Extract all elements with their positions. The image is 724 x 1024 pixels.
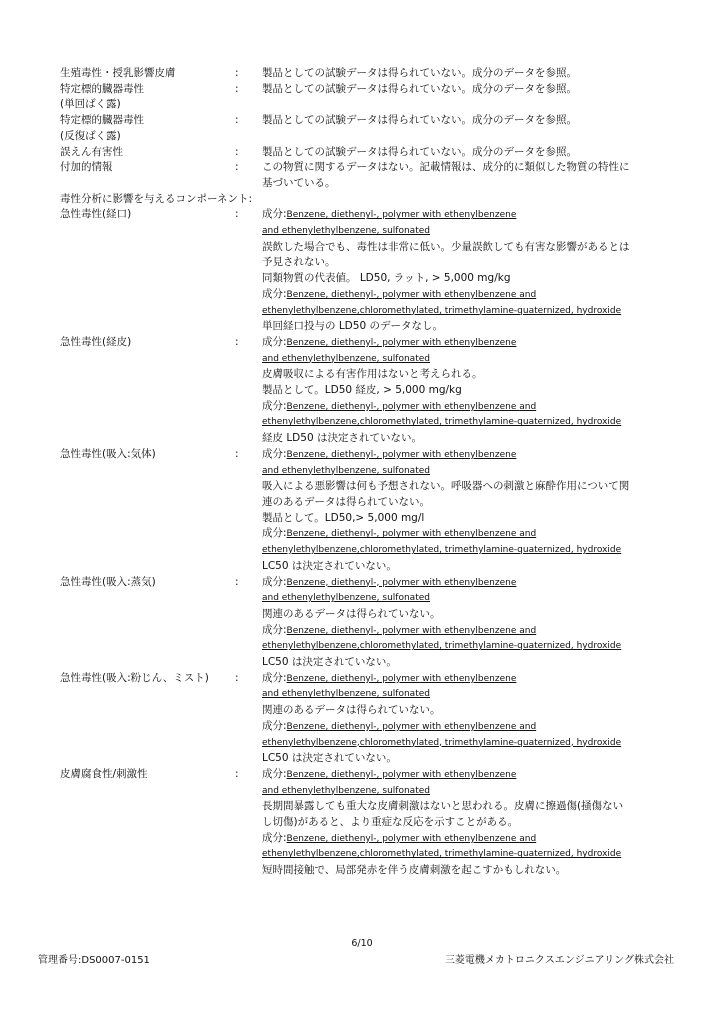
value-line: 経皮 LD50 は決定されていない。 xyxy=(262,431,680,447)
section-title: 毒性分析に影響を与えるコンポーネント: xyxy=(60,192,680,208)
value-line: 関連のあるデータは得られていない。 xyxy=(262,607,680,623)
colon: : xyxy=(235,113,262,129)
component-name-cont: and ethenylethylbenzene, sulfonated xyxy=(262,352,680,368)
value-line: 同類物質の代表値。 LD50, ラット, > 5,000 mg/kg xyxy=(262,271,680,287)
component-name-cont: ethenylethylbenzene,chloromethylated, tr… xyxy=(262,639,680,655)
row-value: 製品としての試験データは得られていない。成分のデータを参照。 xyxy=(262,113,680,129)
component-name-cont: and ethenylethylbenzene, sulfonated xyxy=(262,464,680,480)
page-number: 6/10 xyxy=(0,938,724,949)
row-label: 特定標的臓器毒性 xyxy=(60,82,235,98)
colon: : xyxy=(235,207,262,223)
value-line: 吸入による悪影響は何も予想されない。呼吸器への刺激と麻酔作用について関 xyxy=(262,479,680,495)
colon: : xyxy=(235,82,262,98)
row-additional-info: 付加的情報 : この物質に関するデータはない。記載情報は、成分的に類似した物質の… xyxy=(60,160,680,191)
component-name: Benzene, diethenyl-, polymer with etheny… xyxy=(287,626,537,636)
component-name: Benzene, diethenyl-, polymer with etheny… xyxy=(287,770,517,780)
component-name-cont: ethenylethylbenzene,chloromethylated, tr… xyxy=(262,847,680,863)
colon: : xyxy=(235,335,262,351)
colon: : xyxy=(235,767,262,783)
component-prefix: 成分: xyxy=(262,672,287,684)
row-acute-dermal: 急性毒性(経皮) : 成分:Benzene, diethenyl-, polym… xyxy=(60,335,680,447)
row-label: 皮膚腐食性/刺激性 xyxy=(60,767,235,783)
row-skin-corrosion-irritation: 皮膚腐食性/刺激性 : 成分:Benzene, diethenyl-, poly… xyxy=(60,767,680,879)
colon: : xyxy=(235,160,262,176)
row-label: 急性毒性(吸入:粉じん、ミスト) xyxy=(60,671,235,687)
value-line: LC50 は決定されていない。 xyxy=(262,751,680,767)
component-name-cont: and ethenylethylbenzene, sulfonated xyxy=(262,784,680,800)
value-line: LC50 は決定されていない。 xyxy=(262,655,680,671)
value-line: 製品として。LD50 経皮, > 5,000 mg/kg xyxy=(262,383,680,399)
component-name: Benzene, diethenyl-, polymer with etheny… xyxy=(287,290,537,300)
component-name: Benzene, diethenyl-, polymer with etheny… xyxy=(287,578,517,588)
company-name: 三菱電機メカトロニクスエンジニアリング株式会社 xyxy=(445,951,674,966)
component-name: Benzene, diethenyl-, polymer with etheny… xyxy=(287,529,537,539)
row-label: 特定標的臓器毒性 xyxy=(60,113,235,129)
row-acute-inhalation-gas: 急性毒性(吸入:気体) : 成分:Benzene, diethenyl-, po… xyxy=(60,447,680,575)
sds-toxicity-section: 生殖毒性・授乳影響皮膚 : 製品としての試験データは得られていない。成分のデータ… xyxy=(60,66,680,879)
component-prefix: 成分: xyxy=(262,400,287,412)
row-value: 成分:Benzene, diethenyl-, polymer with eth… xyxy=(262,767,680,879)
value-line: 製品として。LD50,> 5,000 mg/l xyxy=(262,511,680,527)
component-prefix: 成分: xyxy=(262,448,287,460)
row-label: 急性毒性(経口) xyxy=(60,207,235,223)
value-line: 単回経口投与の LD50 のデータなし。 xyxy=(262,319,680,335)
component-prefix: 成分: xyxy=(262,336,287,348)
row-label: 急性毒性(経皮) xyxy=(60,335,235,351)
value-line: し切傷)があると、より重症な反応を示すことがある。 xyxy=(262,815,680,831)
component-prefix: 成分: xyxy=(262,624,287,636)
value-line: LC50 は決定されていない。 xyxy=(262,559,680,575)
row-value: この物質に関するデータはない。記載情報は、成分的に類似した物質の特性に 基づいて… xyxy=(262,160,680,191)
component-name: Benzene, diethenyl-, polymer with etheny… xyxy=(287,834,537,844)
row-value: 製品としての試験データは得られていない。成分のデータを参照。 xyxy=(262,145,680,161)
colon: : xyxy=(235,145,262,161)
component-name-cont: ethenylethylbenzene,chloromethylated, tr… xyxy=(262,736,680,752)
component-name: Benzene, diethenyl-, polymer with etheny… xyxy=(287,210,517,220)
row-reproductive-toxicity: 生殖毒性・授乳影響皮膚 : 製品としての試験データは得られていない。成分のデータ… xyxy=(60,66,680,82)
component-prefix: 成分: xyxy=(262,832,287,844)
value-line: 予見されない。 xyxy=(262,255,680,271)
colon: : xyxy=(235,447,262,463)
colon: : xyxy=(235,66,262,82)
document-id: 管理番号:DS0007-0151 xyxy=(38,951,150,966)
row-value: 成分:Benzene, diethenyl-, polymer with eth… xyxy=(262,207,680,335)
value-line: 連のあるデータは得られていない。 xyxy=(262,495,680,511)
row-aspiration-hazard: 誤えん有害性 : 製品としての試験データは得られていない。成分のデータを参照。 xyxy=(60,145,680,161)
value-line: 誤飲した場合でも、毒性は非常に低い。少量誤飲しても有害な影響があるとは xyxy=(262,240,680,256)
component-prefix: 成分: xyxy=(262,288,287,300)
component-name: Benzene, diethenyl-, polymer with etheny… xyxy=(287,338,517,348)
row-stot-single: 特定標的臓器毒性 : 製品としての試験データは得られていない。成分のデータを参照… xyxy=(60,82,680,98)
row-label: 急性毒性(吸入:蒸気) xyxy=(60,575,235,591)
component-name: Benzene, diethenyl-, polymer with etheny… xyxy=(287,674,517,684)
component-prefix: 成分: xyxy=(262,720,287,732)
component-prefix: 成分: xyxy=(262,768,287,780)
row-value: 成分:Benzene, diethenyl-, polymer with eth… xyxy=(262,447,680,575)
row-stot-repeated: 特定標的臓器毒性 : 製品としての試験データは得られていない。成分のデータを参照… xyxy=(60,113,680,129)
component-prefix: 成分: xyxy=(262,576,287,588)
value-line: 皮膚吸収による有害作用はないと考えられる。 xyxy=(262,367,680,383)
value-line: 基づいている。 xyxy=(262,176,680,192)
row-value: 成分:Benzene, diethenyl-, polymer with eth… xyxy=(262,335,680,447)
component-name: Benzene, diethenyl-, polymer with etheny… xyxy=(287,722,537,732)
row-label: 急性毒性(吸入:気体) xyxy=(60,447,235,463)
row-sub-label: (反復ばく露) xyxy=(60,129,680,145)
row-value: 成分:Benzene, diethenyl-, polymer with eth… xyxy=(262,671,680,767)
row-label: 付加的情報 xyxy=(60,160,235,176)
row-sub-label: (単回ばく露) xyxy=(60,97,680,113)
component-name-cont: and ethenylethylbenzene, sulfonated xyxy=(262,591,680,607)
component-name-cont: ethenylethylbenzene,chloromethylated, tr… xyxy=(262,543,680,559)
value-line: この物質に関するデータはない。記載情報は、成分的に類似した物質の特性に xyxy=(262,160,680,176)
row-acute-inhalation-dust-mist: 急性毒性(吸入:粉じん、ミスト) : 成分:Benzene, diethenyl… xyxy=(60,671,680,767)
value-line: 長期間暴露しても重大な皮膚刺激はないと思われる。皮膚に擦過傷(掻傷ない xyxy=(262,799,680,815)
component-prefix: 成分: xyxy=(262,527,287,539)
component-name: Benzene, diethenyl-, polymer with etheny… xyxy=(287,450,517,460)
value-line: 関連のあるデータは得られていない。 xyxy=(262,703,680,719)
component-name: Benzene, diethenyl-, polymer with etheny… xyxy=(287,402,537,412)
component-name-cont: and ethenylethylbenzene, sulfonated xyxy=(262,224,680,240)
component-name-cont: ethenylethylbenzene,chloromethylated, tr… xyxy=(262,415,680,431)
row-acute-inhalation-vapor: 急性毒性(吸入:蒸気) : 成分:Benzene, diethenyl-, po… xyxy=(60,575,680,671)
component-prefix: 成分: xyxy=(262,208,287,220)
row-value: 成分:Benzene, diethenyl-, polymer with eth… xyxy=(262,575,680,671)
row-label: 誤えん有害性 xyxy=(60,145,235,161)
row-value: 製品としての試験データは得られていない。成分のデータを参照。 xyxy=(262,66,680,82)
component-name-cont: and ethenylethylbenzene, sulfonated xyxy=(262,687,680,703)
value-line: 短時間接触で、局部発赤を伴う皮膚刺激を起こすかもしれない。 xyxy=(262,863,680,879)
row-acute-oral: 急性毒性(経口) : 成分:Benzene, diethenyl-, polym… xyxy=(60,207,680,335)
component-name-cont: ethenylethylbenzene,chloromethylated, tr… xyxy=(262,304,680,320)
colon: : xyxy=(235,575,262,591)
row-label: 生殖毒性・授乳影響皮膚 xyxy=(60,66,235,82)
row-value: 製品としての試験データは得られていない。成分のデータを参照。 xyxy=(262,82,680,98)
colon: : xyxy=(235,671,262,687)
